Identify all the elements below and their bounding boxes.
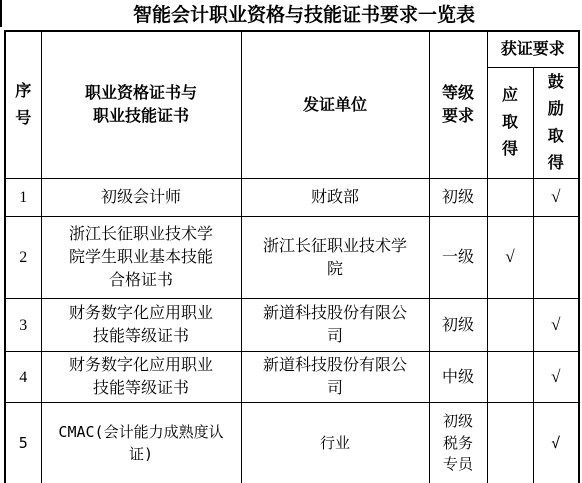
should-obtain-cell — [487, 299, 533, 352]
header-index: 序号 — [5, 31, 41, 179]
should-obtain-cell — [487, 403, 533, 483]
level-text: 中级 — [442, 366, 474, 389]
header-encouraged-obtain: 鼓励取得 — [533, 67, 579, 179]
level-cell: 初级税务专员 — [429, 403, 487, 483]
header-index-label: 序号 — [14, 78, 32, 132]
level-cell: 一级 — [429, 217, 487, 299]
encouraged-obtain-cell: √ — [533, 352, 579, 403]
table-row: 4 财务数字化应用职业技能等级证书 新道科技股份有限公司 中级 √ — [5, 352, 579, 403]
level-cell: 初级 — [429, 179, 487, 217]
issuer-text: 财政部 — [311, 186, 359, 209]
certificate-cell: CMAC(会计能力成熟度认证) — [41, 403, 241, 483]
issuer-cell: 财政部 — [241, 179, 429, 217]
certificate-requirements-table: 序号 职业资格证书与 职业技能证书 发证单位 等级要求 获证要求 应取得 鼓励取… — [4, 30, 580, 483]
issuer-cell: 新道科技股份有限公司 — [241, 352, 429, 403]
row-index-cell: 3 — [5, 299, 41, 352]
page-title: 智能会计职业资格与技能证书要求一览表 — [0, 3, 582, 28]
should-obtain-cell — [487, 352, 533, 403]
table-row: 1 初级会计师 财政部 初级 √ — [5, 179, 579, 217]
header-certificate: 职业资格证书与 职业技能证书 — [41, 31, 241, 179]
issuer-cell: 新道科技股份有限公司 — [241, 299, 429, 352]
encouraged-obtain-cell: √ — [533, 299, 579, 352]
issuer-cell: 行业 — [241, 403, 429, 483]
row-index-cell: 5 — [5, 403, 41, 483]
certificate-cell: 浙江长征职业技术学院学生职业基本技能合格证书 — [41, 217, 241, 299]
row-index-cell: 1 — [5, 179, 41, 217]
row-index-cell: 4 — [5, 352, 41, 403]
table-row: 3 财务数字化应用职业技能等级证书 新道科技股份有限公司 初级 √ — [5, 299, 579, 352]
issuer-text: 浙江长征职业技术学院 — [260, 235, 410, 281]
table-row: 2 浙江长征职业技术学院学生职业基本技能合格证书 浙江长征职业技术学院 一级 √ — [5, 217, 579, 299]
should-obtain-cell: √ — [487, 217, 533, 299]
certificate-text: 财务数字化应用职业技能等级证书 — [66, 302, 216, 348]
issuer-text: 新道科技股份有限公司 — [260, 354, 410, 400]
encouraged-obtain-cell — [533, 217, 579, 299]
header-issuer: 发证单位 — [241, 31, 429, 179]
issuer-text: 新道科技股份有限公司 — [260, 302, 410, 348]
header-level-label: 等级要求 — [440, 82, 477, 128]
certificate-text: CMAC(会计能力成熟度认证) — [55, 422, 227, 466]
header-requirement-group: 获证要求 — [487, 31, 579, 67]
header-should-obtain: 应取得 — [487, 67, 533, 179]
issuer-cell: 浙江长征职业技术学院 — [241, 217, 429, 299]
certificate-cell: 财务数字化应用职业技能等级证书 — [41, 352, 241, 403]
document-page: 智能会计职业资格与技能证书要求一览表 序号 职业资格证书与 职业技能证书 发证单… — [0, 0, 582, 483]
level-cell: 初级 — [429, 299, 487, 352]
certificate-text: 初级会计师 — [101, 186, 181, 209]
header-row-top: 序号 职业资格证书与 职业技能证书 发证单位 等级要求 获证要求 — [5, 31, 579, 67]
certificate-cell: 财务数字化应用职业技能等级证书 — [41, 299, 241, 352]
level-text: 一级 — [442, 246, 474, 269]
header-encouraged-obtain-label: 鼓励取得 — [547, 69, 565, 178]
encouraged-obtain-cell: √ — [533, 403, 579, 483]
header-should-obtain-label: 应取得 — [501, 82, 519, 164]
certificate-cell: 初级会计师 — [41, 179, 241, 217]
row-index-cell: 2 — [5, 217, 41, 299]
level-text: 初级 — [442, 314, 474, 337]
certificate-text: 财务数字化应用职业技能等级证书 — [66, 354, 216, 400]
level-cell: 中级 — [429, 352, 487, 403]
issuer-text: 行业 — [320, 433, 350, 455]
table-row: 5 CMAC(会计能力成熟度认证) 行业 初级税务专员 √ — [5, 403, 579, 483]
level-text: 初级税务专员 — [441, 411, 476, 476]
header-level: 等级要求 — [429, 31, 487, 179]
level-text: 初级 — [442, 186, 474, 209]
should-obtain-cell — [487, 179, 533, 217]
certificate-text: 浙江长征职业技术学院学生职业基本技能合格证书 — [66, 223, 216, 293]
encouraged-obtain-cell: √ — [533, 179, 579, 217]
